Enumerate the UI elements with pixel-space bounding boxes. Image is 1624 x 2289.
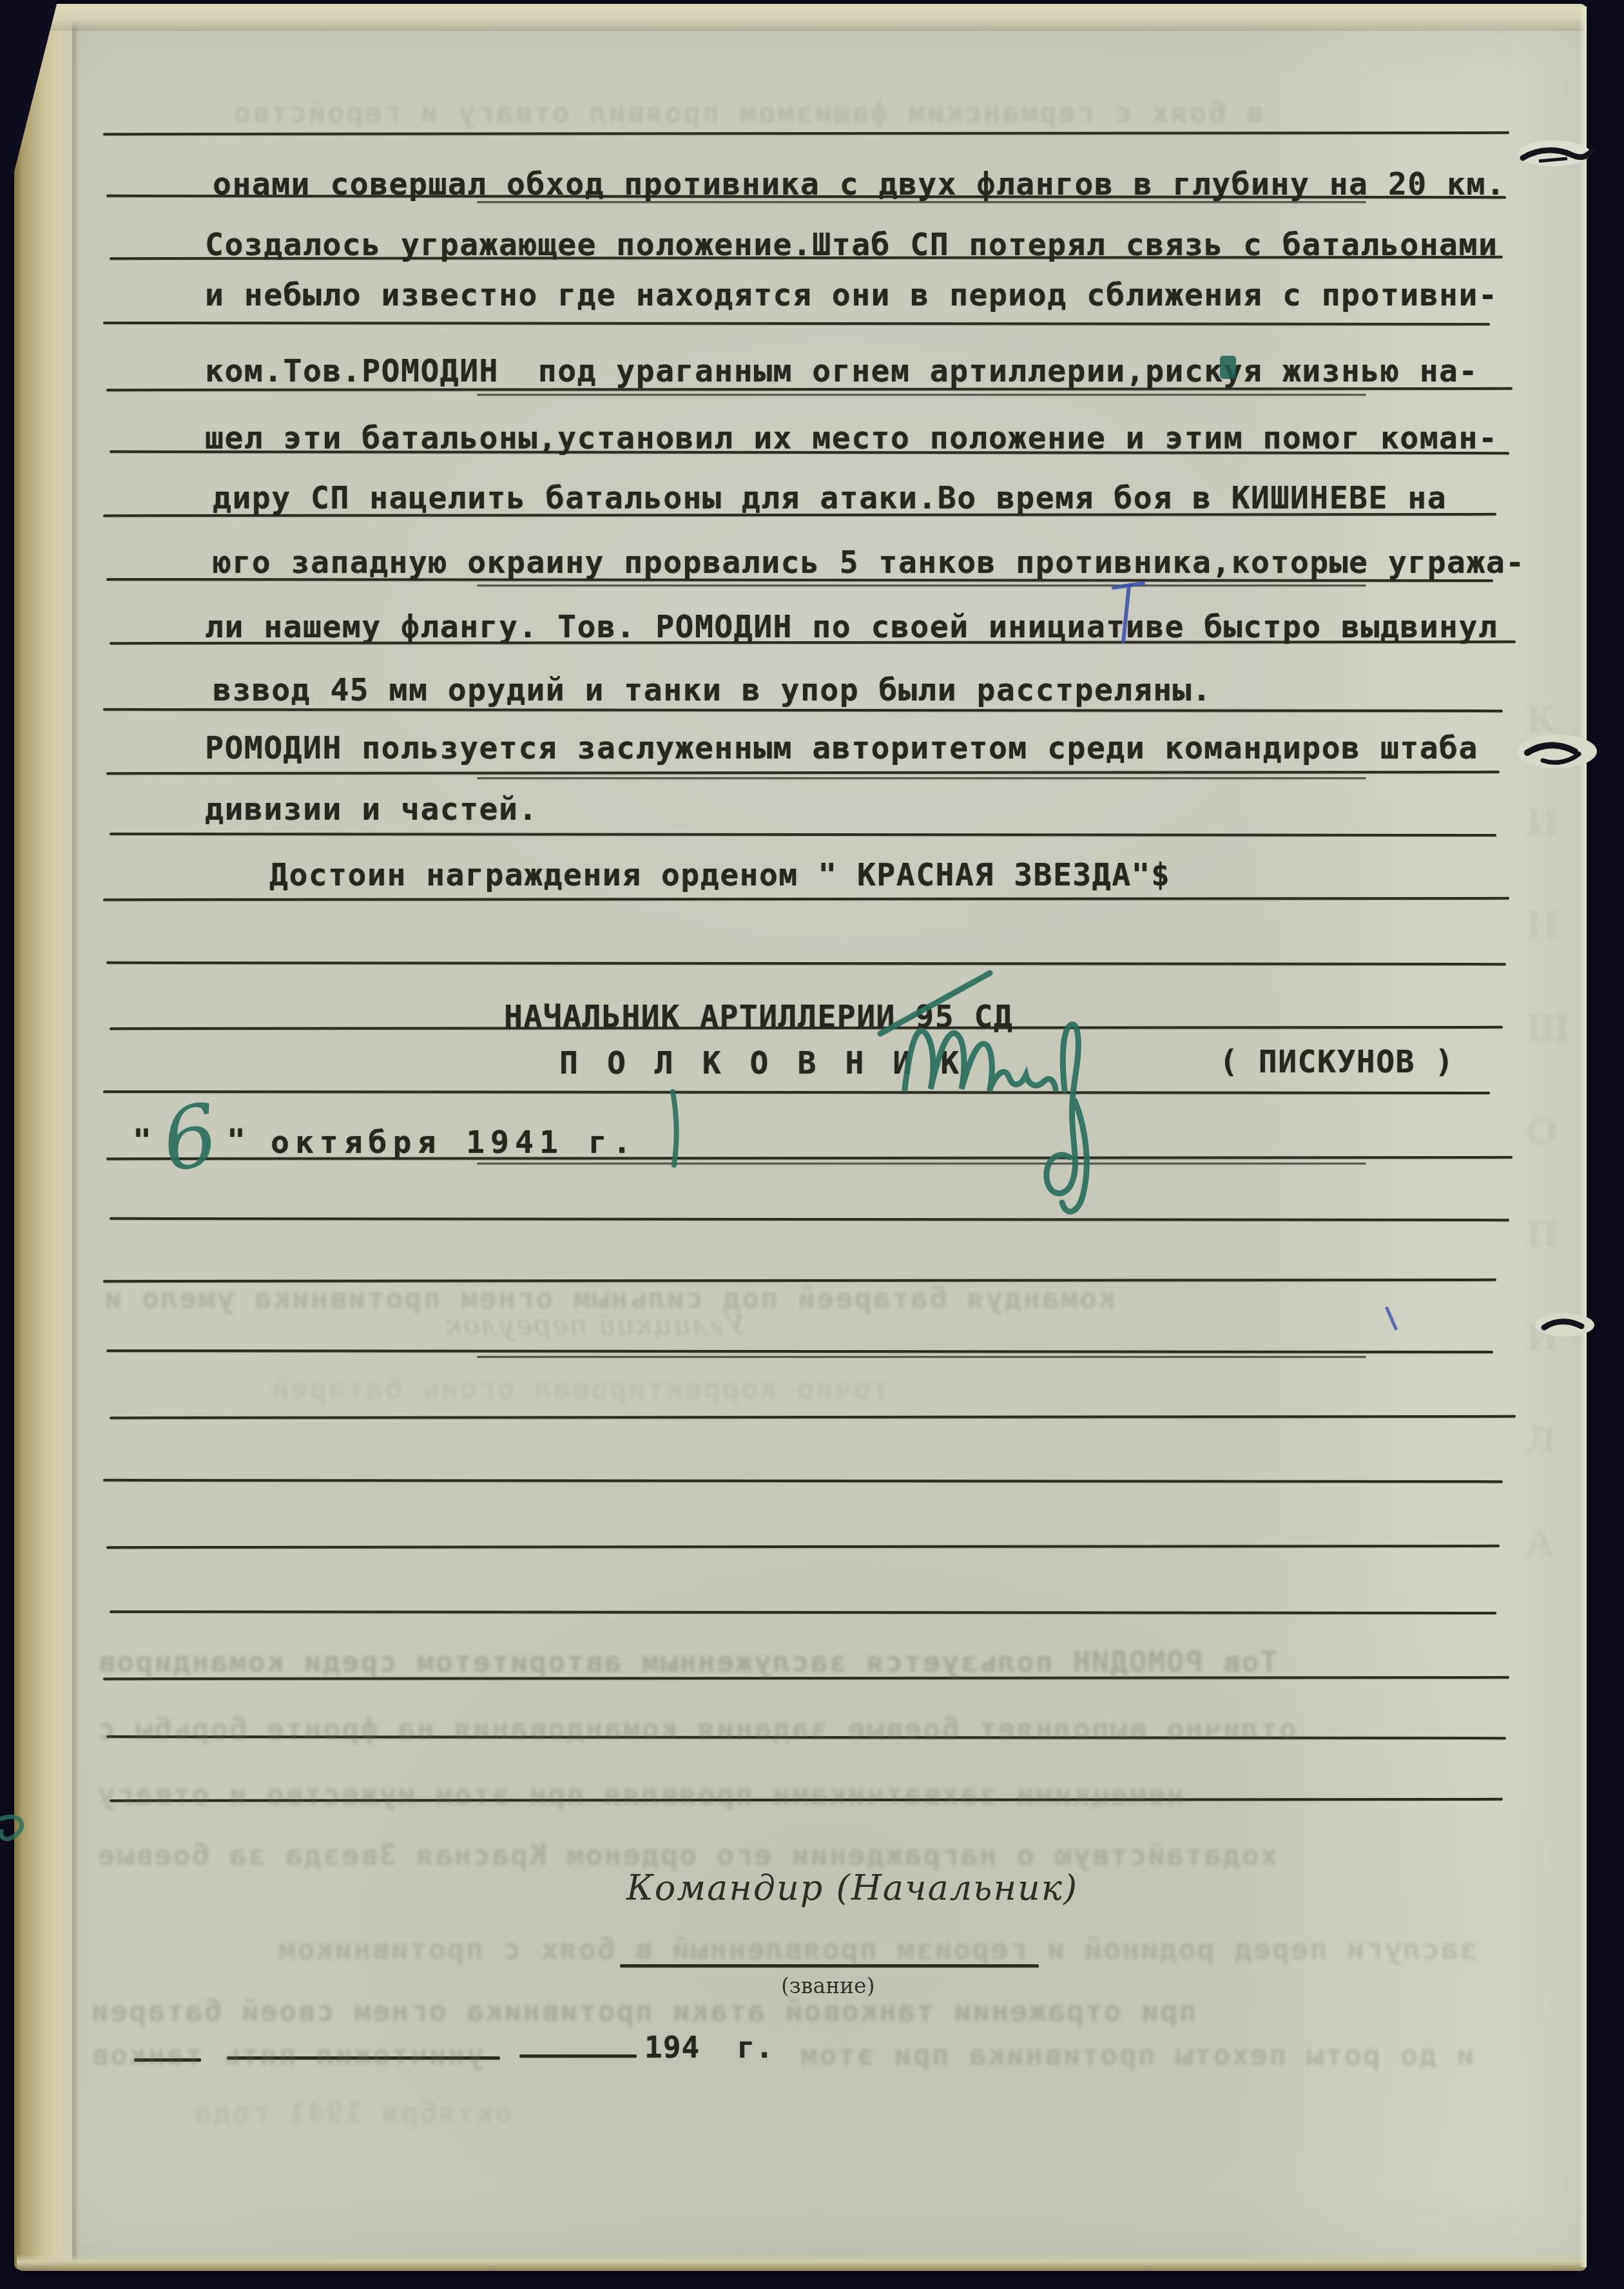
paper-tear-lower (1535, 1313, 1594, 1337)
green-overtyped-letter (1220, 356, 1236, 379)
scanned-document-screenshot: { "typed_lines": [ {"text": "онами совер… (0, 0, 1624, 2289)
signature-piskunov-ink (880, 973, 1087, 1212)
ink-overlay: 6 (0, 0, 1624, 2289)
green-stray-stroke (673, 1092, 677, 1165)
blue-tick-mark (1387, 1308, 1396, 1329)
paper-tear-middle (1517, 735, 1597, 768)
blue-correction-mark (1114, 583, 1143, 642)
green-edge-scribble (1, 1817, 22, 1839)
paper-tear-top (1518, 140, 1592, 166)
handwritten-day: 6 (156, 1085, 225, 1192)
